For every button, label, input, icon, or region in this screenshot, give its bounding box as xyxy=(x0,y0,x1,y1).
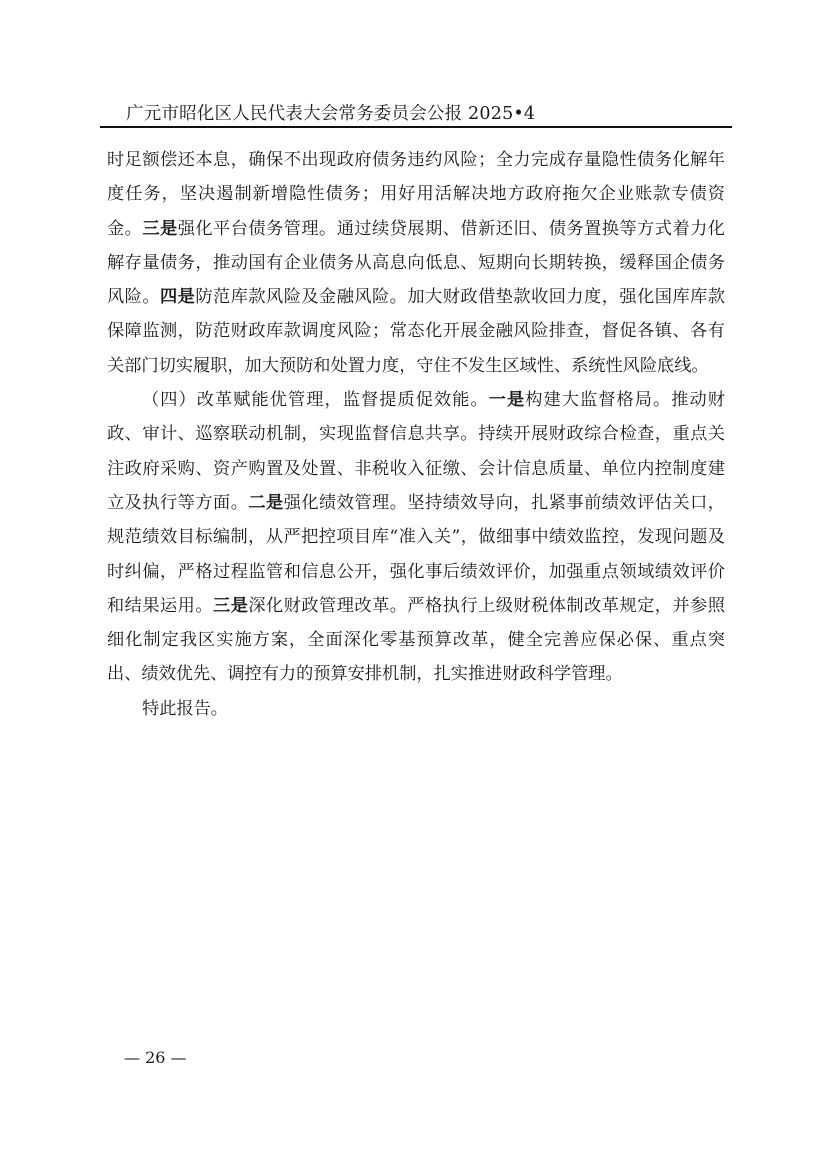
bold-marker: 四是 xyxy=(160,287,195,307)
bold-marker: 三是 xyxy=(142,219,177,239)
publication-header: 广元市昭化区人民代表大会常务委员会公报 2025•4 xyxy=(126,104,535,124)
paragraph-debt-risk: 时足额偿还本息，确保不出现政府债务违约风险；全力完成存量隐性债务化解年度任务，坚… xyxy=(107,143,725,383)
section-heading: （四）改革赋能优管理，监督提质促效能。 xyxy=(142,390,489,410)
page-number: — 26 — xyxy=(124,1048,187,1067)
document-body: 时足额偿还本息，确保不出现政府债务违约风险；全力完成存量隐性债务化解年度任务，坚… xyxy=(107,143,725,726)
text-segment: 防范库款风险及金融风险。加大财政借垫款收回力度，强化国库库款保障监测，防范财政库… xyxy=(107,287,725,376)
bold-marker: 一是 xyxy=(489,390,526,410)
header-divider xyxy=(100,126,732,128)
closing-statement: 特此报告。 xyxy=(107,692,725,726)
bold-marker: 二是 xyxy=(248,493,283,513)
paragraph-reform-supervision: （四）改革赋能优管理，监督提质促效能。一是构建大监督格局。推动财政、审计、巡察联… xyxy=(107,383,725,692)
bold-marker: 三是 xyxy=(213,596,248,616)
